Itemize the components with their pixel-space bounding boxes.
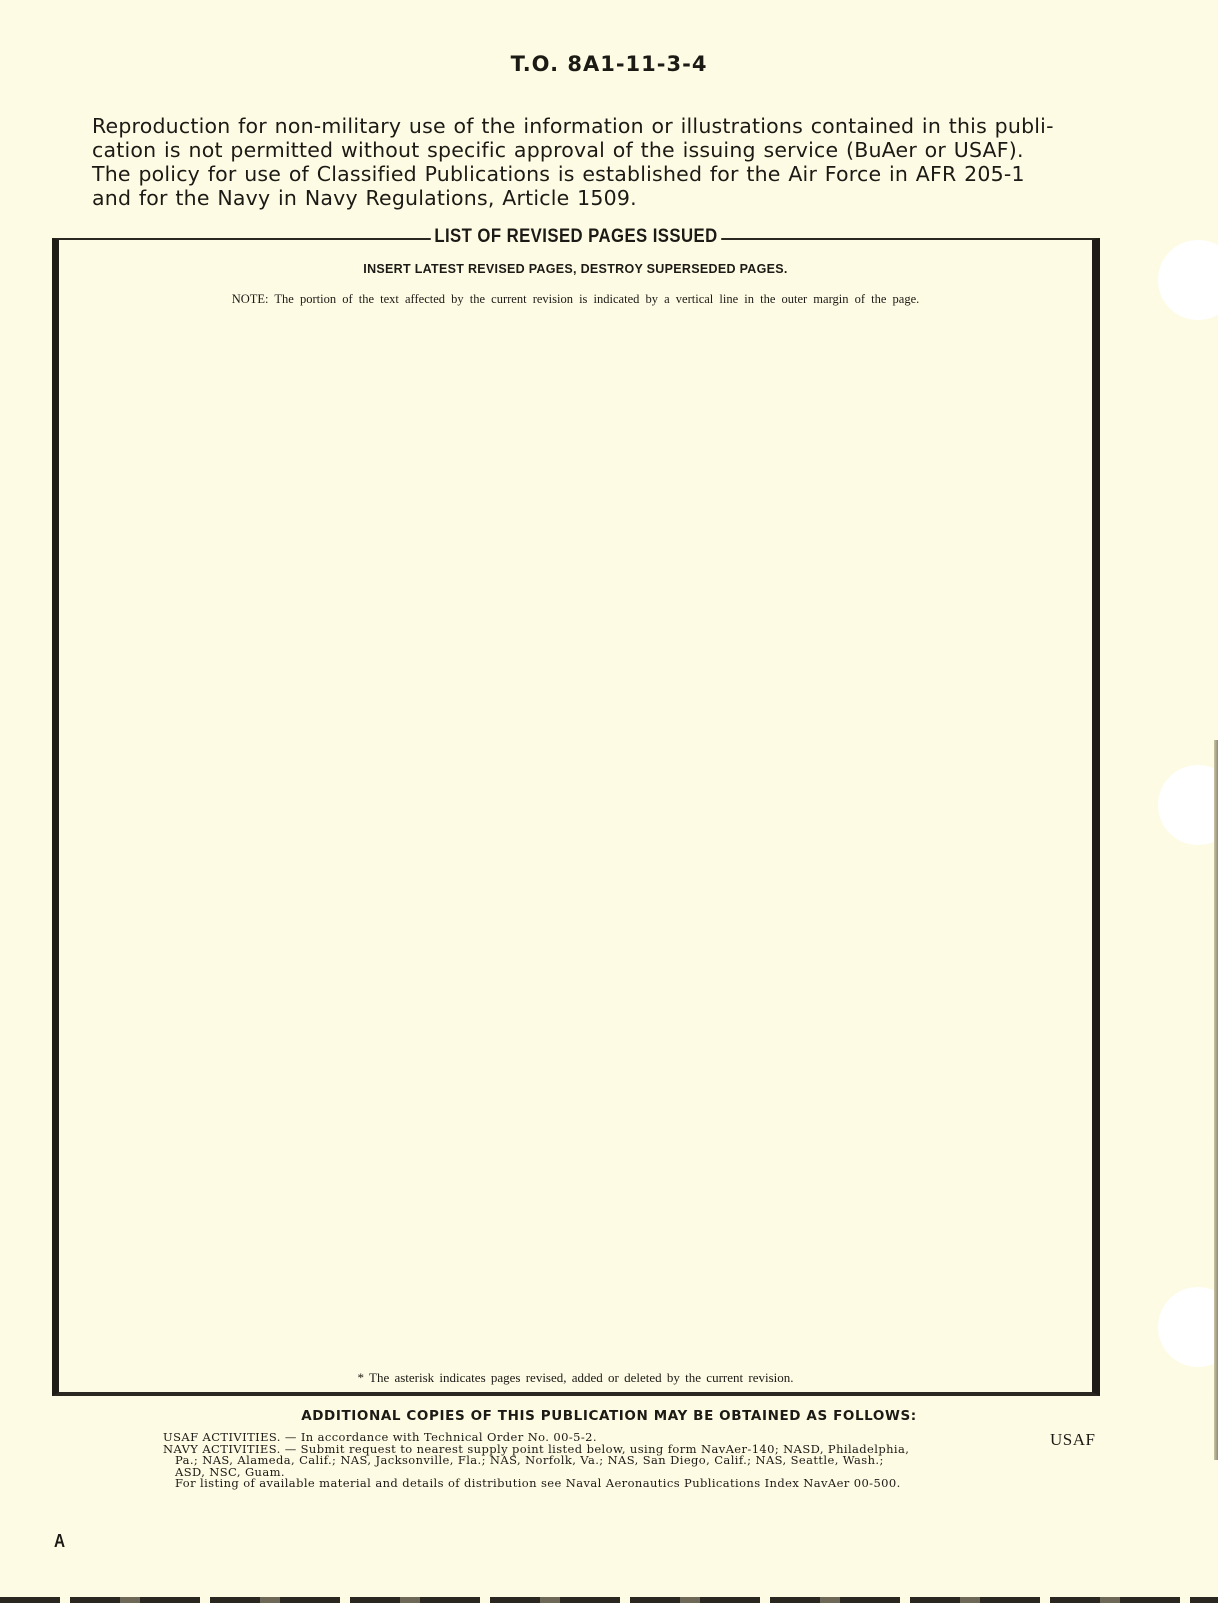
reproduction-notice: Reproduction for non-military use of the… (92, 114, 1082, 210)
revised-pages-box: LIST OF REVISED PAGES ISSUED INSERT LATE… (52, 238, 1100, 1396)
asterisk-footnote: * The asterisk indicates pages revised, … (59, 1370, 1092, 1386)
revision-note: NOTE: The portion of the text affected b… (59, 292, 1092, 307)
reproduction-notice-line: Reproduction for non-military use of the… (92, 114, 1082, 138)
binder-hole-top (1158, 240, 1218, 320)
distribution-instructions: USAF ACTIVITIES. — In accordance with Te… (163, 1432, 1003, 1490)
revised-pages-title-wrap: LIST OF REVISED PAGES ISSUED (59, 226, 1092, 248)
page-number: A (54, 1531, 65, 1552)
distribution-index-line: For listing of available material and de… (163, 1478, 1003, 1490)
navy-activities-line: Pa.; NAS, Alameda, Calif.; NAS, Jacksonv… (163, 1455, 1003, 1467)
page-bottom-edge (0, 1597, 1218, 1603)
page-edge (1214, 740, 1218, 1460)
service-tag: USAF (1050, 1430, 1095, 1450)
revised-pages-subtitle: INSERT LATEST REVISED PAGES, DESTROY SUP… (59, 262, 1092, 276)
binder-hole-bottom (1158, 1287, 1218, 1367)
additional-copies-heading: ADDITIONAL COPIES OF THIS PUBLICATION MA… (0, 1408, 1218, 1424)
reproduction-notice-line: The policy for use of Classified Publica… (92, 162, 1082, 186)
binder-hole-middle (1158, 765, 1218, 845)
revised-pages-title: LIST OF REVISED PAGES ISSUED (430, 226, 720, 248)
document-number: T.O. 8A1-11-3-4 (0, 52, 1218, 76)
reproduction-notice-line: cation is not permitted without specific… (92, 138, 1082, 162)
reproduction-notice-line: and for the Navy in Navy Regulations, Ar… (92, 186, 1082, 210)
